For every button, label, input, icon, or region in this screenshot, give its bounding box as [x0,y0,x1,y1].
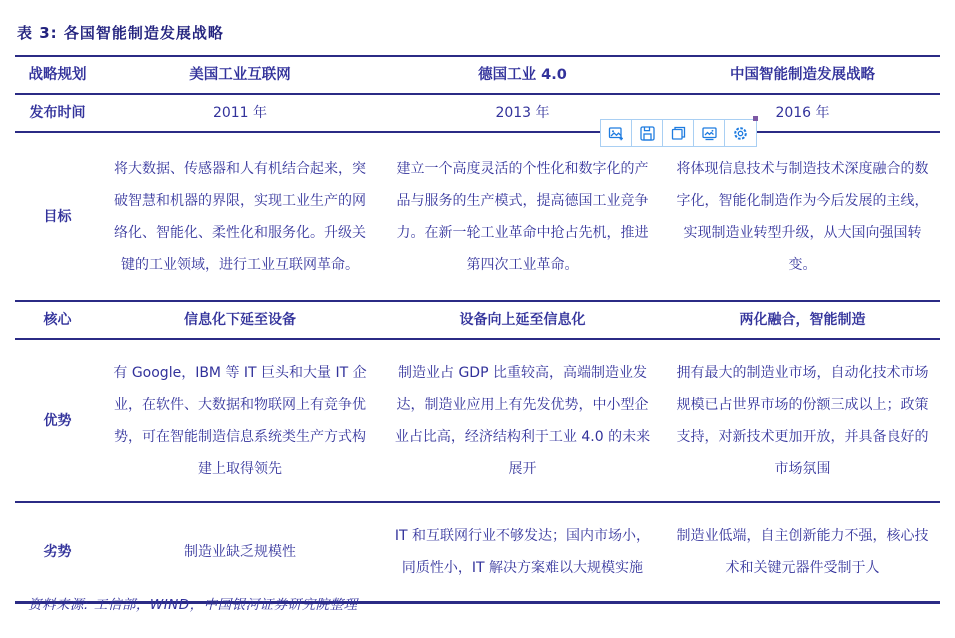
weakness-label: 劣势 [15,502,100,602]
release-date-label: 发布时间 [15,94,100,132]
copy-icon [670,125,687,142]
core-us: 信息化下延至设备 [100,301,380,339]
table-header-row: 战略规划 美国工业互联网 德国工业 4.0 中国智能制造发展战略 [15,56,940,94]
core-label: 核心 [15,301,100,339]
strategy-table: 战略规划 美国工业互联网 德国工业 4.0 中国智能制造发展战略 发布时间 20… [15,55,940,604]
report-page: 表 3: 各国智能制造发展战略 战略规划 美国工业互联网 德国工业 4.0 中国… [0,0,955,638]
source-note: 资料来源: 工信部，WIND，中国银河证券研究院整理 [28,593,358,613]
add-image-button[interactable] [601,120,632,146]
strength-cn: 拥有最大的制造业市场，自动化技术市场规模已占世界市场的份额三成以上；政策支持，对… [665,339,940,502]
weakness-cn: 制造业低端，自主创新能力不强，核心技术和关键元器件受制于人 [665,502,940,602]
strength-us: 有 Google，IBM 等 IT 巨头和大量 IT 企业，在软件、大数据和物联… [100,339,380,502]
goal-us: 将大数据、传感器和人有机结合起来，突破智慧和机器的界限，实现工业生产的网络化、智… [100,132,380,301]
settings-icon [732,125,749,142]
save-button[interactable] [632,120,663,146]
table-title: 表 3: 各国智能制造发展战略 [17,22,224,43]
goal-cn: 将体现信息技术与制造技术深度融合的数字化，智能化制造作为今后发展的主线，实现制造… [665,132,940,301]
weakness-us: 制造业缺乏规模性 [100,502,380,602]
screenshot-button[interactable] [694,120,725,146]
header-strategy-plan: 战略规划 [15,56,100,94]
goal-row: 目标 将大数据、传感器和人有机结合起来，突破智慧和机器的界限，实现工业生产的网络… [15,132,940,301]
add-image-icon [608,125,625,142]
settings-button[interactable] [725,120,756,146]
header-china-smart-manufacturing: 中国智能制造发展战略 [665,56,940,94]
goal-de: 建立一个高度灵活的个性化和数字化的产品与服务的生产模式，提高德国工业竞争力。在新… [380,132,665,301]
weakness-row: 劣势 制造业缺乏规模性 IT 和互联网行业不够发达；国内市场小，同质性小，IT … [15,502,940,602]
copy-button[interactable] [663,120,694,146]
core-row: 核心 信息化下延至设备 设备向上延至信息化 两化融合，智能制造 [15,301,940,339]
core-cn: 两化融合，智能制造 [665,301,940,339]
strength-de: 制造业占 GDP 比重较高，高端制造业发达，制造业应用上有先发优势，中小型企业占… [380,339,665,502]
header-us-industrial-internet: 美国工业互联网 [100,56,380,94]
screenshot-icon [701,125,718,142]
strength-row: 优势 有 Google，IBM 等 IT 巨头和大量 IT 企业，在软件、大数据… [15,339,940,502]
goal-label: 目标 [15,132,100,301]
release-date-row: 发布时间 2011 年 2013 年 2016 年 [15,94,940,132]
header-germany-industry-4: 德国工业 4.0 [380,56,665,94]
floating-toolbar [600,119,757,147]
release-date-us: 2011 年 [100,94,380,132]
selection-handle[interactable] [753,116,758,121]
weakness-de: IT 和互联网行业不够发达；国内市场小，同质性小，IT 解决方案难以大规模实施 [380,502,665,602]
strength-label: 优势 [15,339,100,502]
save-icon [639,125,656,142]
core-de: 设备向上延至信息化 [380,301,665,339]
